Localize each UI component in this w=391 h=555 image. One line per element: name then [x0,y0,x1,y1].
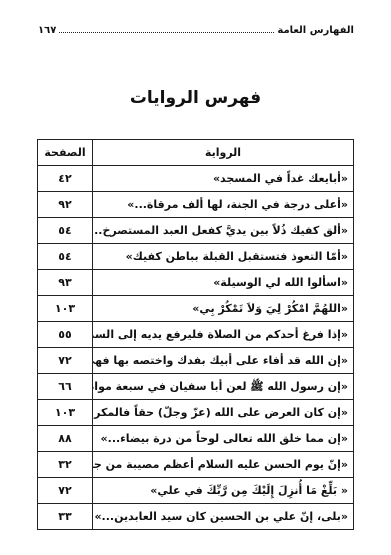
table-row: «اسألوا الله لي الوسيلة»٩٣ [38,270,354,296]
table-row: «إنّ يوم الحسن عليه السلام أعظم مصيبة من… [38,452,354,478]
page-ref: ٣٣ [38,504,93,530]
table-row: «بلى، إنّ علي بن الحسين كان سيد العابدين… [38,504,354,530]
page-number: ١٦٧ [38,25,56,36]
narration-text: « بَلِّغْ مَا أُنزِلَ إِلَيْكَ مِن رَّبِ… [93,478,354,504]
page-ref: ٩٢ [38,192,93,218]
page-ref: ٧٢ [38,478,93,504]
table-row: «إذا فرغ أحدكم من الصلاة فليرفع يديه إلى… [38,322,354,348]
page-title: فهرس الروايات [0,88,391,108]
running-header-section: الفهارس العامة [277,25,354,36]
table-row: «إن كان العرض على الله (عزّ وجلّ) حقاً ف… [38,400,354,426]
narration-text: «إذا فرغ أحدكم من الصلاة فليرفع يديه إلى… [93,322,354,348]
page-ref: ٩٣ [38,270,93,296]
table-row: « بَلِّغْ مَا أُنزِلَ إِلَيْكَ مِن رَّبِ… [38,478,354,504]
table-row: «إن الله قد أفاء على أبيك بفدك واختصه به… [38,348,354,374]
page-ref: ١٠٣ [38,296,93,322]
narration-text: «إن الله قد أفاء على أبيك بفدك واختصه به… [93,348,354,374]
page-ref: ٥٥ [38,322,93,348]
narration-text: «بلى، إنّ علي بن الحسين كان سيد العابدين… [93,504,354,530]
narration-text: «إن مما خلق الله تعالى لوحاً من درة بيضا… [93,426,354,452]
narration-text: «إن رسول الله ﷺ لعن أبا سفيان في سبعة مو… [93,374,354,400]
table-row: «أعلى درجة في الجنة، لها ألف مرقاة...»٩٢ [38,192,354,218]
dotted-leader [59,31,274,33]
table-row: «ألق كفيك ذُلاً بين يديَّ كفعل العبد الم… [38,218,354,244]
table-row: «اللهُمَّ امْكُرْ لِيَ وَلاَ تَمْكُرْ بِ… [38,296,354,322]
page-ref: ٨٨ [38,426,93,452]
table-header-row: الرواية الصفحة [38,140,354,166]
page-ref: ١٠٣ [38,400,93,426]
page-ref: ٥٤ [38,218,93,244]
column-header-narration: الرواية [93,140,354,166]
running-header: الفهارس العامة ١٦٧ [38,20,354,36]
narration-text: «اللهُمَّ امْكُرْ لِيَ وَلاَ تَمْكُرْ بِ… [93,296,354,322]
narration-text: «أعلى درجة في الجنة، لها ألف مرقاة...» [93,192,354,218]
narration-text: «إنّ يوم الحسن عليه السلام أعظم مصيبة من… [93,452,354,478]
narration-text: «ألق كفيك ذُلاً بين يديَّ كفعل العبد الم… [93,218,354,244]
narration-text: «إن كان العرض على الله (عزّ وجلّ) حقاً ف… [93,400,354,426]
table-row: «أبايعك غداً في المسجد»٤٢ [38,166,354,192]
table-row: «إن مما خلق الله تعالى لوحاً من درة بيضا… [38,426,354,452]
column-header-page: الصفحة [38,140,93,166]
table-row: «أمّا التعوذ فتستقبل القبلة بباطن كفيك»٥… [38,244,354,270]
page-ref: ٧٢ [38,348,93,374]
page-ref: ٣٢ [38,452,93,478]
narration-text: «اسألوا الله لي الوسيلة» [93,270,354,296]
page-ref: ٥٤ [38,244,93,270]
narration-text: «أبايعك غداً في المسجد» [93,166,354,192]
table-row: «إن رسول الله ﷺ لعن أبا سفيان في سبعة مو… [38,374,354,400]
narrations-index-table: الرواية الصفحة «أبايعك غداً في المسجد»٤٢… [37,139,354,530]
narration-text: «أمّا التعوذ فتستقبل القبلة بباطن كفيك» [93,244,354,270]
page-ref: ٤٢ [38,166,93,192]
page-ref: ٦٦ [38,374,93,400]
